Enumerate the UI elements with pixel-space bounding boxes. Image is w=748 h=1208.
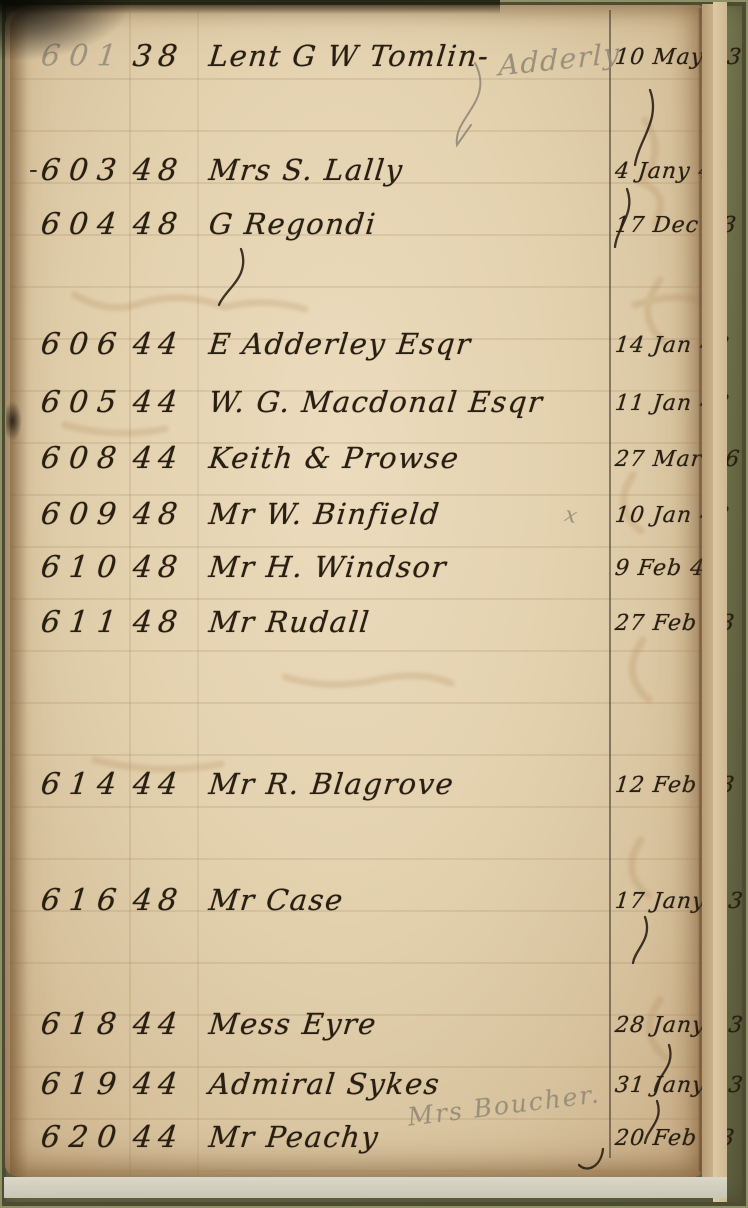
ledger-row: 614 44 Mr R. Blagrove 12 Feb 43 (5, 767, 748, 819)
ledger-row: 606 44 E Adderley Esqr 14 Jan 43 (5, 327, 748, 379)
page-stack-edge-outer (713, 2, 727, 1202)
entry-number: 614 (39, 767, 127, 802)
ledger-page: 601 38 Lent G W Tomlin-Adderly 10 May 43… (5, 5, 702, 1177)
customer-name: Mr H. Windsor (207, 550, 449, 584)
size-number: 48 (131, 883, 185, 918)
ledger-row: 616 48 Mr Case 17 Jany 43 (5, 883, 748, 935)
customer-name: Mr Rudall (207, 605, 372, 639)
customer-name: E Adderley Esqr (207, 327, 473, 361)
customer-name-ink: Lent G W Tomlin- (207, 39, 491, 73)
size-number: 48 (131, 497, 185, 532)
customer-name: Mr R. Blagrove (207, 767, 456, 801)
ledger-row: 611 48 Mr Rudall 27 Feb 43 (5, 605, 748, 657)
customer-name: Mess Eyre (207, 1007, 378, 1041)
size-number: 44 (131, 441, 185, 476)
customer-name-ink: Mr Case (207, 883, 345, 917)
customer-name-ink: Mrs S. Lally (207, 153, 405, 187)
size-number: 44 (131, 1067, 185, 1102)
size-number: 38 (131, 39, 185, 74)
entry-number: 606 (39, 327, 127, 362)
entry-number: 619 (39, 1067, 127, 1102)
size-number: 48 (131, 550, 185, 585)
ledger-row: 620 44 Mr Peachy 20 Feb 43 (5, 1120, 748, 1172)
edge-stain (6, 401, 22, 441)
entry-number: 603 (39, 153, 127, 188)
customer-name-ink: Mr Rudall (207, 605, 372, 639)
customer-name: Mr Case (207, 883, 345, 917)
customer-name: G Regondi (207, 207, 378, 241)
customer-name-ink: Mess Eyre (207, 1007, 378, 1041)
entry-number: 616 (39, 883, 127, 918)
size-number: 48 (131, 605, 185, 640)
customer-name: Mrs S. Lally (207, 153, 405, 187)
entry-date: 10 May 43 - (614, 45, 748, 70)
customer-name: Mr W. Binfield (207, 497, 442, 531)
entry-number: 610 (39, 550, 127, 585)
customer-name-ink: Mr Peachy (207, 1120, 381, 1154)
entry-number: 620 (39, 1120, 127, 1155)
customer-name: Lent G W Tomlin-Adderly (207, 39, 622, 73)
customer-name: Keith & Prowse (207, 441, 461, 475)
size-number: 44 (131, 1007, 185, 1042)
ledger-row: 608 44 Keith & Prowse 27 Mar 46 (5, 441, 748, 493)
customer-name-ink: Mr W. Binfield (207, 497, 442, 531)
ledger-row: 619 44 Admiral Sykes 31 Jany 43 (5, 1067, 748, 1119)
entry-number: 611 (39, 605, 127, 640)
entry-number: 605 (39, 385, 127, 420)
ledger-row: 609 48 Mr W. Binfield 10 Jan 43 (5, 497, 748, 549)
customer-name-ink: Keith & Prowse (207, 441, 461, 475)
customer-name: W. G. Macdonal Esqr (207, 385, 545, 419)
size-number: 48 (131, 153, 185, 188)
customer-name: Admiral Sykes (207, 1067, 442, 1101)
customer-name-ink: G Regondi (207, 207, 378, 241)
ledger-row: 610 48 Mr H. Windsor 9 Feb 43 (5, 550, 748, 602)
entry-number: 608 (39, 441, 127, 476)
ledger-photo: { "document": { "kind": "handwritten led… (0, 0, 748, 1208)
size-number: 44 (131, 385, 185, 420)
size-number: 44 (131, 767, 185, 802)
ink-dash-before-603: - (29, 155, 38, 185)
customer-name-ink: Mr H. Windsor (207, 550, 449, 584)
customer-name-ink: Admiral Sykes (207, 1067, 442, 1101)
customer-name-ink: W. G. Macdonal Esqr (207, 385, 545, 419)
ledger-row: 605 44 W. G. Macdonal Esqr 11 Jan 43 (5, 385, 748, 437)
size-number: 44 (131, 1120, 185, 1155)
size-number: 44 (131, 327, 185, 362)
surface-below-page (4, 1177, 727, 1198)
ledger-row: 603 48 Mrs S. Lally 4 Jany 43 (5, 153, 748, 205)
entry-number: 609 (39, 497, 127, 532)
size-number: 48 (131, 207, 185, 242)
customer-name: Mr Peachy (207, 1120, 381, 1154)
customer-name-ink: E Adderley Esqr (207, 327, 473, 361)
ledger-row: 618 44 Mess Eyre 28 Jany 43 (5, 1007, 748, 1059)
entry-number: 618 (39, 1007, 127, 1042)
customer-name-ink: Mr R. Blagrove (207, 767, 456, 801)
top-left-corner-shadow (0, 0, 130, 60)
entry-number: 604 (39, 207, 127, 242)
ledger-row: 604 48 G Regondi 17 Dec 43 (5, 207, 748, 259)
page-stack-edge-inner (702, 4, 713, 1196)
pencil-annotation-inline: Adderly (499, 37, 621, 82)
